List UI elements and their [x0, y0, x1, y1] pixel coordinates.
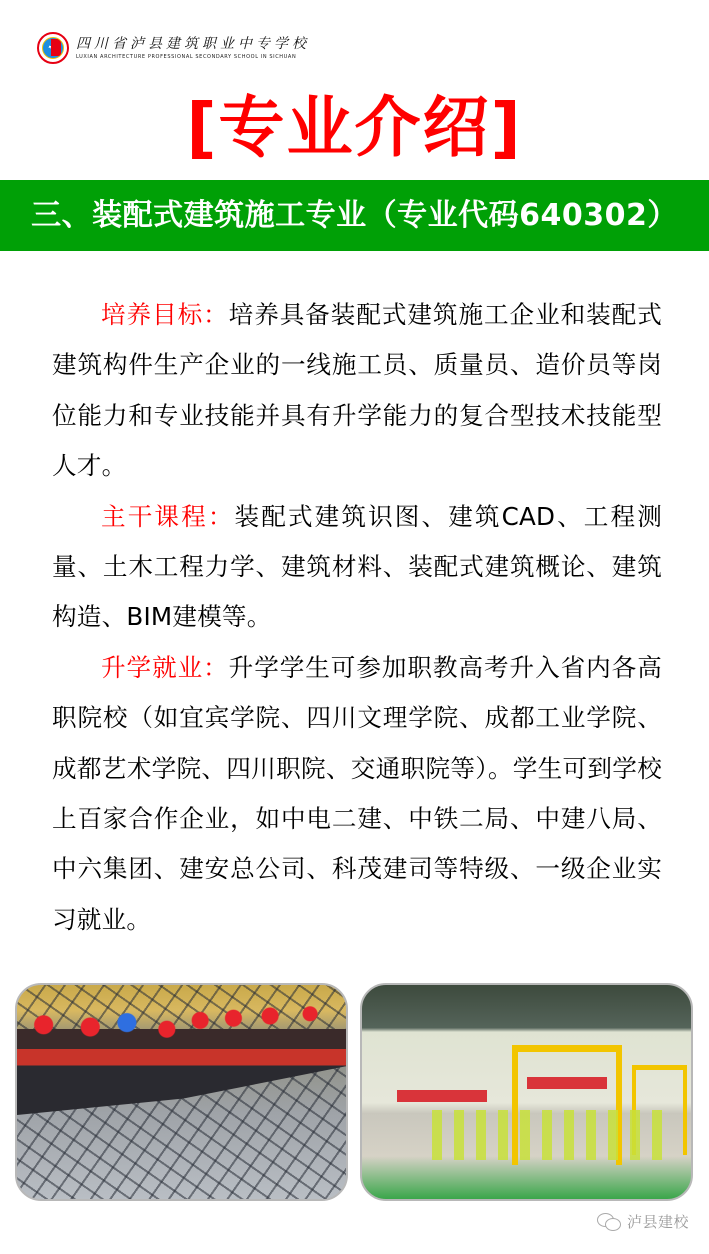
paragraph-training-goal: 培养目标：培养具备装配式建筑施工企业和装配式建筑构件生产企业的一线施工员、质量员…: [52, 290, 662, 492]
label-further-study-employment: 升学就业：: [101, 653, 229, 682]
wechat-watermark: 泸县建校: [597, 1211, 689, 1232]
label-core-courses: 主干课程：: [101, 502, 235, 531]
school-name-en: LUXIAN ARCHITECTURE PROFESSIONAL SECONDA…: [76, 54, 310, 60]
workshop-gantry-crane-photo: [360, 983, 693, 1201]
paragraph-core-courses: 主干课程：装配式建筑识图、建筑CAD、工程测量、土木工程力学、建筑材料、装配式建…: [52, 492, 662, 643]
wechat-icon: [597, 1213, 621, 1231]
section-heading-band: 三、装配式建筑施工专业（专业代码640302）: [0, 180, 709, 251]
page-title: [专业介绍]: [0, 88, 709, 168]
program-description: 培养目标：培养具备装配式建筑施工企业和装配式建筑构件生产企业的一线施工员、质量员…: [52, 290, 662, 945]
school-name-cn: 四川省泸县建筑职业中专学校: [76, 36, 310, 52]
label-training-goal: 培养目标：: [101, 300, 229, 329]
section-heading: 三、装配式建筑施工专业（专业代码640302）: [0, 180, 709, 251]
photo-gallery: [15, 983, 694, 1203]
visitors-group: [17, 1005, 348, 1115]
text-further-study-employment: 升学学生可参加职教高考升入省内各高职院校（如宜宾学院、四川文理学院、成都工业学院…: [52, 653, 662, 934]
watermark-text: 泸县建校: [627, 1211, 689, 1232]
school-name-block: 四川省泸县建筑职业中专学校 LUXIAN ARCHITECTURE PROFES…: [76, 36, 310, 60]
school-header: 四川省泸县建筑职业中专学校 LUXIAN ARCHITECTURE PROFES…: [37, 31, 310, 65]
paragraph-further-study-employment: 升学就业：升学学生可参加职教高考升入省内各高职院校（如宜宾学院、四川文理学院、成…: [52, 643, 662, 945]
school-emblem-icon: [37, 32, 69, 64]
precast-slab-inspection-photo: [15, 983, 348, 1201]
students-group: [432, 1110, 672, 1160]
workshop-banner: [397, 1090, 487, 1102]
